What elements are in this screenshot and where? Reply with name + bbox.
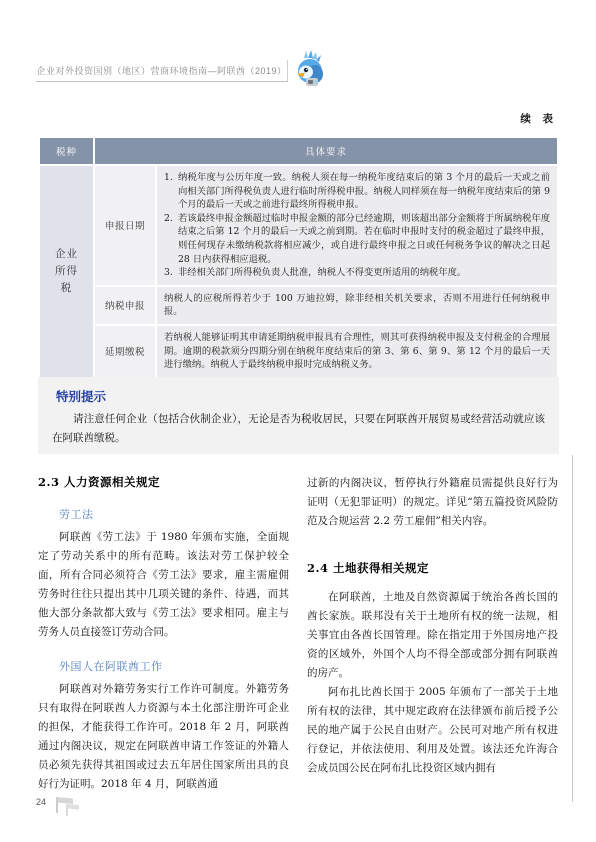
list-item: 3. 非经相关部门所得税负责人批准，纳税人不得变更所适用的纳税年度。 [164,266,550,280]
flags-icon [48,795,82,821]
paragraph: 在阿联酋，土地及自然资源属于统治各酋长国的酋长家族。联邦没有关于土地所有权的统一… [307,588,558,683]
document-page: 企业对外投资国别（地区）营商环境指南—阿联酋（2019） 续 表 税种 具体要求… [0,0,596,842]
cell-tax-filing-content: 纳税人的应税所得若少于 100 万迪拉姆，除非经相关机关要求，否则不用进行任何纳… [157,287,557,324]
row-label-tax-filing: 纳税申报 [95,287,155,324]
paragraph: 阿联酋对外籍劳务实行工作许可制度。外籍劳务只有取得在阿联酋人力资源与本土化部注册… [38,680,289,794]
header-title: 企业对外投资国别（地区）营商环境指南—阿联酋（2019） [36,60,288,82]
table-row-deferred-payment: 延期缴税 若纳税人能够证明其申请延期纳税申报具有合理性，则其可获得纳税申报及支付… [40,326,557,377]
right-column: 过新的内阁决议，暂停执行外籍雇员需提供良好行为证明（无犯罪证明）的规定。详见“第… [307,474,558,778]
subheading-foreigners-working: 外国人在阿联酋工作 [38,658,289,674]
table-header-row: 税种 具体要求 [40,138,557,164]
paragraph: 阿联酋《劳工法》于 1980 年颁布实施，全面规定了劳动关系中的所有范畴。该法对… [38,528,289,642]
right-margin-rule [572,455,573,802]
special-notice-title: 特别提示 [56,387,559,405]
paragraph: 阿布扎比酋长国于 2005 年颁布了一部关于土地所有权的法律，其中规定政府在法律… [307,683,558,778]
continued-table-label: 续 表 [520,111,557,126]
col-header-tax-type: 税种 [40,138,93,164]
page-number: 24 [36,797,46,807]
table-row-filing-date: 企业所得税 申报日期 1. 纳税年度与公历年度一致。纳税人须在每一纳税年度结束后… [40,166,557,285]
cell-filing-date-content: 1. 纳税年度与公历年度一致。纳税人须在每一纳税年度结束后的第 3 个月的最后一… [157,166,557,285]
col-header-requirements: 具体要求 [95,138,557,164]
list-item: 2. 若该最终申报金额超过临时申报金额的部分已经逾期，则该超出部分金额将于所属纳… [164,212,550,266]
cell-deferred-payment-content: 若纳税人能够证明其申请延期纳税申报具有合理性，则其可获得纳税申报及支付税金的合理… [157,326,557,377]
section-heading-2-3: 2.3 人力资源相关规定 [38,474,289,490]
left-column: 2.3 人力资源相关规定 劳工法 阿联酋《劳工法》于 1980 年颁布实施，全面… [38,474,289,794]
table-row-tax-filing: 纳税申报 纳税人的应税所得若少于 100 万迪拉姆，除非经相关机关要求，否则不用… [40,287,557,324]
row-label-deferred-payment: 延期缴税 [95,326,155,377]
section-heading-2-4: 2.4 土地获得相关规定 [307,560,558,576]
special-notice-box: 特别提示 请注意任何企业（包括合伙制企业），无论是否为税收居民，只要在阿联酋开展… [38,377,559,454]
page-footer: 24 [36,795,82,821]
special-notice-body: 请注意任何企业（包括合伙制企业），无论是否为税收居民，只要在阿联酋开展贸易或经营… [52,410,545,448]
row-label-filing-date: 申报日期 [95,166,155,285]
paragraph: 过新的内阁决议，暂停执行外籍雇员需提供良好行为证明（无犯罪证明）的规定。详见“第… [307,474,558,531]
mascot-logo-icon [294,50,328,90]
tax-type-cell: 企业所得税 [40,166,93,377]
list-item: 1. 纳税年度与公历年度一致。纳税人须在每一纳税年度结束后的第 3 个月的最后一… [164,171,550,212]
subheading-labor-law: 劳工法 [38,506,289,522]
tax-requirements-table: 税种 具体要求 企业所得税 申报日期 1. 纳税年度与公历年度一致。纳税人须在每… [38,136,559,379]
